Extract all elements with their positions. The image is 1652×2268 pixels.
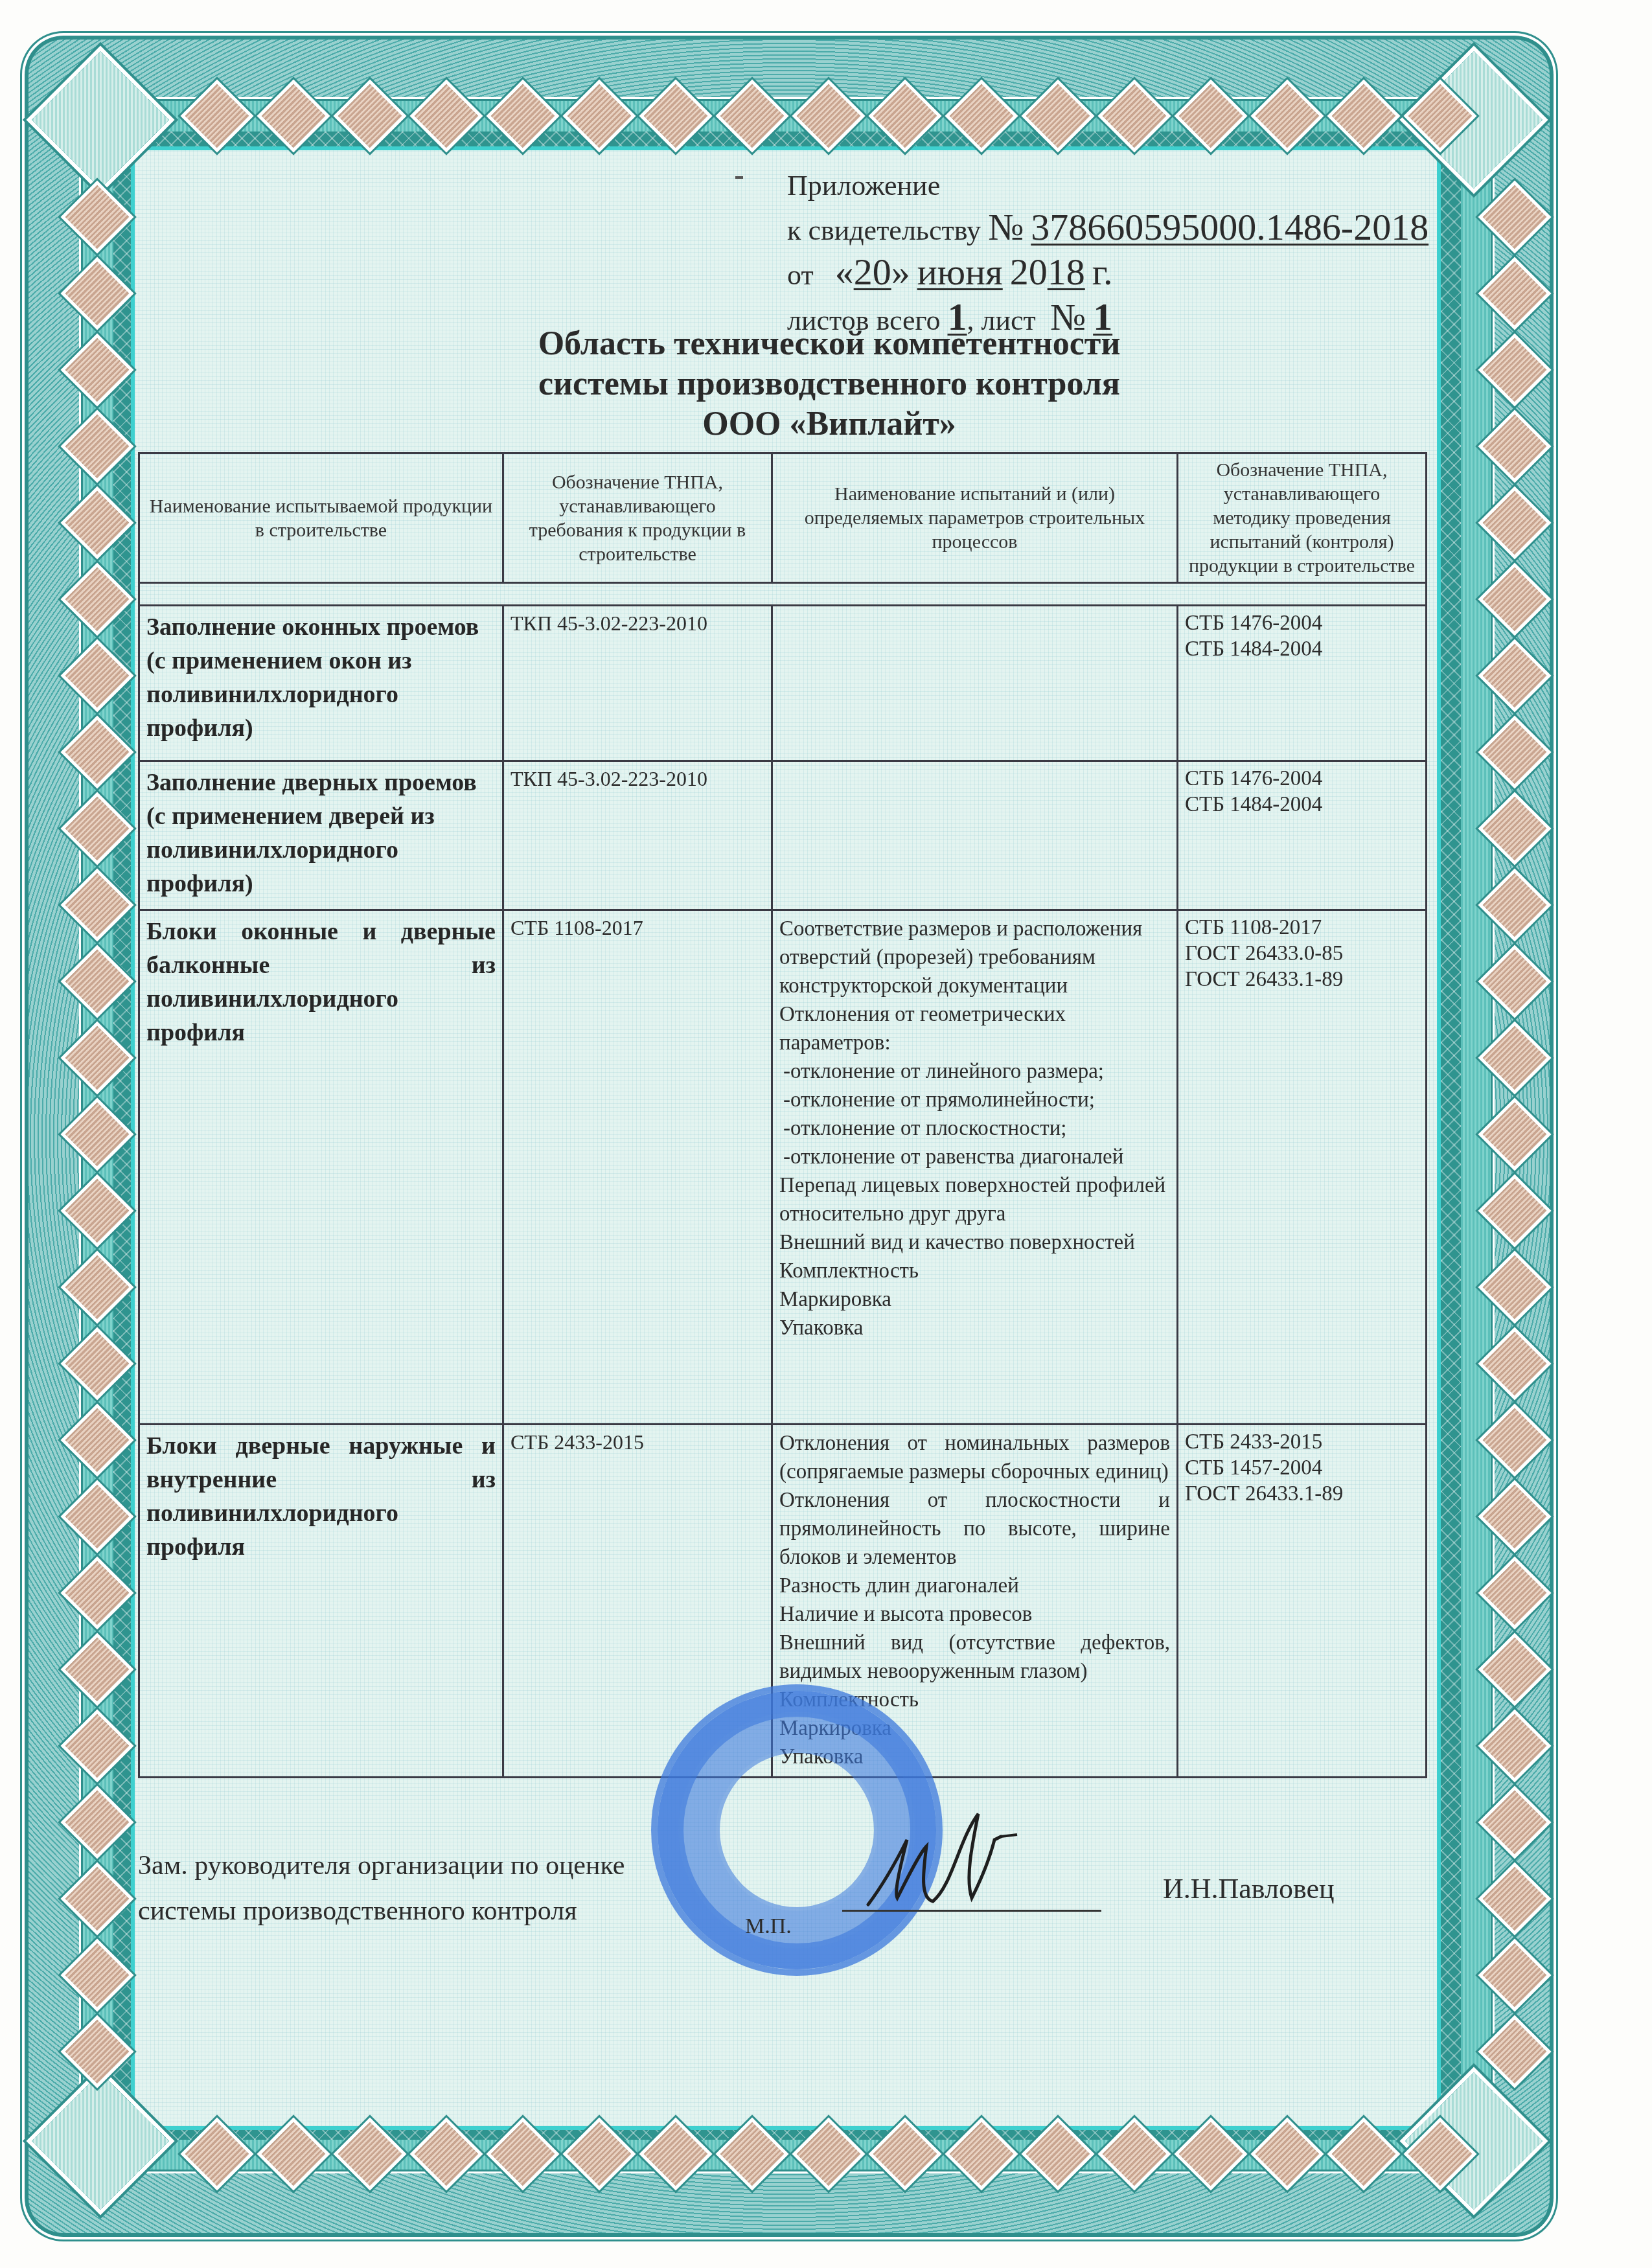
cell-methods: СТБ 1108-2017ГОСТ 26433.0-85ГОСТ 26433.1… [1178,910,1427,1425]
certificate-number: 378660595000.1486-2018 [1031,206,1428,248]
cell-methods: СТБ 1476-2004СТБ 1484-2004 [1178,761,1427,910]
number-sign: № [988,206,1024,248]
cell-product: Заполнение дверных проемов (с применение… [139,761,503,910]
scan-mark [735,176,743,179]
table-header-row: Наименование испытываемой продукции в ст… [139,453,1427,583]
table-row: Блоки оконные и дверные балконные из пол… [139,910,1427,1425]
cell-methods: СТБ 1476-2004СТБ 1484-2004 [1178,606,1427,761]
title-line-3: ООО «Виплайт» [453,404,1205,444]
date-day: 20 [854,251,891,293]
signatory-name: И.Н.Павловец [1163,1872,1335,1905]
cell-requirements: ТКП 45-3.02-223-2010 [503,606,772,761]
method-standard: СТБ 1476-2004 [1185,610,1419,636]
header-gap [139,583,1427,606]
competence-table: Наименование испытываемой продукции в ст… [138,452,1427,1778]
test-item: Отклонения от номинальных размеров (сопр… [779,1429,1170,1486]
table-row: Заполнение дверных проемов (с применение… [139,761,1427,910]
handwritten-signature [862,1801,1069,1911]
method-standard: ГОСТ 26433.1-89 [1185,1481,1419,1507]
test-item: Внешний вид (отсутствие дефектов, видимы… [779,1629,1170,1686]
test-item: -отклонение от прямолинейности; [779,1086,1170,1114]
test-item: Отклонения от плоскостности и прямолиней… [779,1486,1170,1572]
title-line-2: системы производственного контроля [453,364,1205,404]
cell-product: Блоки дверные наружные и внутренние из п… [139,1425,503,1778]
method-standard: СТБ 1476-2004 [1185,766,1419,792]
position-line-1: Зам. руководителя организации по оценке [138,1843,625,1888]
certificate-prefix: к свидетельству [787,214,981,246]
date-year-unit: г. [1092,251,1113,293]
header-methods: Обозначение ТНПА, устанавливающего метод… [1178,453,1427,583]
test-item: Отклонения от геометрических параметров: [779,1000,1170,1057]
appendix-block: Приложение к свидетельству № 37866059500… [787,165,1428,341]
header-product: Наименование испытываемой продукции в ст… [139,453,503,583]
method-standard: ГОСТ 26433.1-89 [1185,967,1419,992]
test-item: Наличие и высота провесов [779,1600,1170,1629]
test-item: Разность длин диагоналей [779,1572,1170,1600]
table-row: Заполнение оконных проемов (с применение… [139,606,1427,761]
test-item: Перепад лицевых поверхностей профилей от… [779,1171,1170,1228]
cell-tests [772,606,1178,761]
signature-line [842,1910,1101,1912]
cell-tests [772,761,1178,910]
method-standard: СТБ 2433-2015 [1185,1429,1419,1455]
test-item: Внешний вид и качество поверхностей [779,1228,1170,1257]
method-standard: СТБ 1484-2004 [1185,636,1419,662]
title-line-1: Область технической компетентности [453,324,1205,364]
method-standard: ГОСТ 26433.0-85 [1185,941,1419,967]
seal-label: М.П. [745,1914,792,1939]
test-item: Упаковка [779,1314,1170,1342]
test-item: -отклонение от линейного размера; [779,1057,1170,1086]
method-standard: СТБ 1484-2004 [1185,792,1419,818]
cell-methods: СТБ 2433-2015СТБ 1457-2004ГОСТ 26433.1-8… [1178,1425,1427,1778]
method-standard: СТБ 1457-2004 [1185,1455,1419,1481]
method-standard: СТБ 1108-2017 [1185,915,1419,941]
date-year-prefix: 20 [1010,251,1048,293]
test-item: -отклонение от плоскостности; [779,1114,1170,1143]
document-title: Область технической компетентности систе… [453,324,1205,444]
position-line-2: системы производственного контроля [138,1888,625,1934]
cell-product: Блоки оконные и дверные балконные из пол… [139,910,503,1425]
header-requirements: Обозначение ТНПА, устанавливающего требо… [503,453,772,583]
signatory-position: Зам. руководителя организации по оценке … [138,1843,625,1934]
appendix-label: Приложение [787,165,1428,207]
cell-requirements: СТБ 1108-2017 [503,910,772,1425]
date-month: июня [917,251,1003,293]
date-prefix: от [787,259,814,291]
date-year-suffix: 18 [1048,251,1085,293]
test-item: Комплектность [779,1257,1170,1285]
cell-tests: Соответствие размеров и расположения отв… [772,910,1178,1425]
test-item: -отклонение от равенства диагоналей [779,1143,1170,1171]
header-tests: Наименование испытаний и (или) определяе… [772,453,1178,583]
test-item: Маркировка [779,1285,1170,1314]
cell-product: Заполнение оконных проемов (с применение… [139,606,503,761]
test-item: Соответствие размеров и расположения отв… [779,915,1170,1000]
cell-requirements: ТКП 45-3.02-223-2010 [503,761,772,910]
